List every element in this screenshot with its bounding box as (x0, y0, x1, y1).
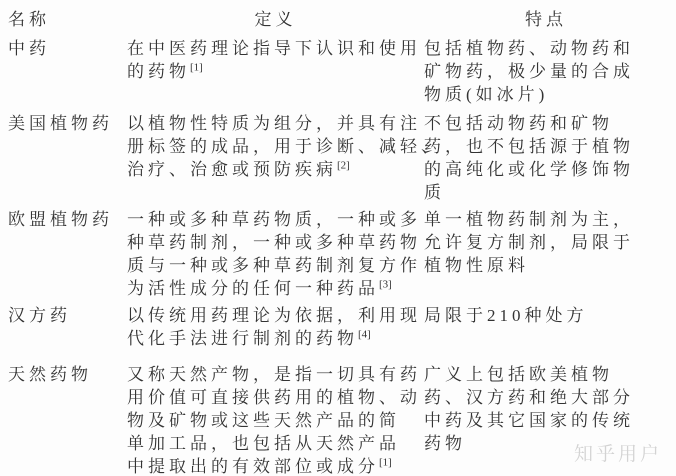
row-name: 天然药物 (8, 363, 127, 386)
reference-marker: [1] (190, 61, 203, 73)
definition-cell: 以植物性特质为组分，并具有注册标签的成品，用于诊断、减轻、治疗、治愈或预防疾病[… (127, 112, 424, 181)
table-header-row: 名称 定义 特点 (8, 8, 668, 31)
definition-text: 以植物性特质为组分，并具有注册标签的成品，用于诊断、减轻、治疗、治愈或预防疾病 (127, 114, 442, 179)
reference-marker: [2] (337, 159, 350, 171)
reference-marker: [4] (358, 328, 371, 340)
reference-marker: [1] (379, 456, 392, 468)
definition-text: 又称天然产物，是指一切具有药用价值可直接供药用的植物、动物及矿物或这些天然产品的… (127, 365, 421, 476)
zhihu-user-watermark: 知乎用户 (574, 439, 662, 466)
features-cell: 局限于210种处方 (424, 304, 668, 327)
features-text: 包括植物药、动物药和矿物药，极少量的合成物质(如冰片) (424, 39, 634, 104)
header-name: 名称 (8, 8, 127, 31)
header-features: 特点 (424, 8, 668, 31)
features-text: 单一植物药制剂为主，允许复方制剂，局限于植物性原料 (424, 210, 634, 275)
features-text: 不包括动物药和矿物药，也不包括源于植物的高纯化或化学修饰物质 (424, 114, 634, 202)
definition-text: 在中医药理论指导下认识和使用的药物 (127, 39, 421, 81)
features-cell: 不包括动物药和矿物药，也不包括源于植物的高纯化或化学修饰物质 (424, 112, 668, 204)
row-name: 美国植物药 (8, 112, 127, 135)
definition-cell: 一种或多种草药物质，一种或多种草药制剂，一种或多种草药物质与一种或多种草药制剂复… (127, 208, 424, 300)
definition-text: 一种或多种草药物质，一种或多种草药制剂，一种或多种草药物质与一种或多种草药制剂复… (127, 210, 421, 298)
features-cell: 单一植物药制剂为主，允许复方制剂，局限于植物性原料 (424, 208, 668, 277)
table-row: 中药 在中医药理论指导下认识和使用的药物[1] 包括植物药、动物药和矿物药，极少… (8, 37, 668, 106)
features-text: 局限于210种处方 (424, 306, 588, 325)
table-row: 天然药物 又称天然产物，是指一切具有药用价值可直接供药用的植物、动物及矿物或这些… (8, 363, 668, 476)
row-name: 汉方药 (8, 304, 127, 327)
definition-text: 以传统用药理论为依据，利用现代化手法进行制剂的药物 (127, 306, 421, 348)
definition-cell: 又称天然产物，是指一切具有药用价值可直接供药用的植物、动物及矿物或这些天然产品的… (127, 363, 424, 476)
features-cell: 包括植物药、动物药和矿物药，极少量的合成物质(如冰片) (424, 37, 668, 106)
table-row: 美国植物药 以植物性特质为组分，并具有注册标签的成品，用于诊断、减轻、治疗、治愈… (8, 112, 668, 204)
definition-cell: 在中医药理论指导下认识和使用的药物[1] (127, 37, 424, 83)
reference-marker: [3] (379, 278, 392, 290)
definition-comparison-table: 名称 定义 特点 中药 在中医药理论指导下认识和使用的药物[1] 包括植物药、动… (0, 0, 676, 476)
header-definition: 定义 (127, 8, 424, 31)
row-name: 欧盟植物药 (8, 208, 127, 231)
table-row: 汉方药 以传统用药理论为依据，利用现代化手法进行制剂的药物[4] 局限于210种… (8, 304, 668, 350)
table-row: 欧盟植物药 一种或多种草药物质，一种或多种草药制剂，一种或多种草药物质与一种或多… (8, 208, 668, 300)
row-name: 中药 (8, 37, 127, 60)
definition-cell: 以传统用药理论为依据，利用现代化手法进行制剂的药物[4] (127, 304, 424, 350)
